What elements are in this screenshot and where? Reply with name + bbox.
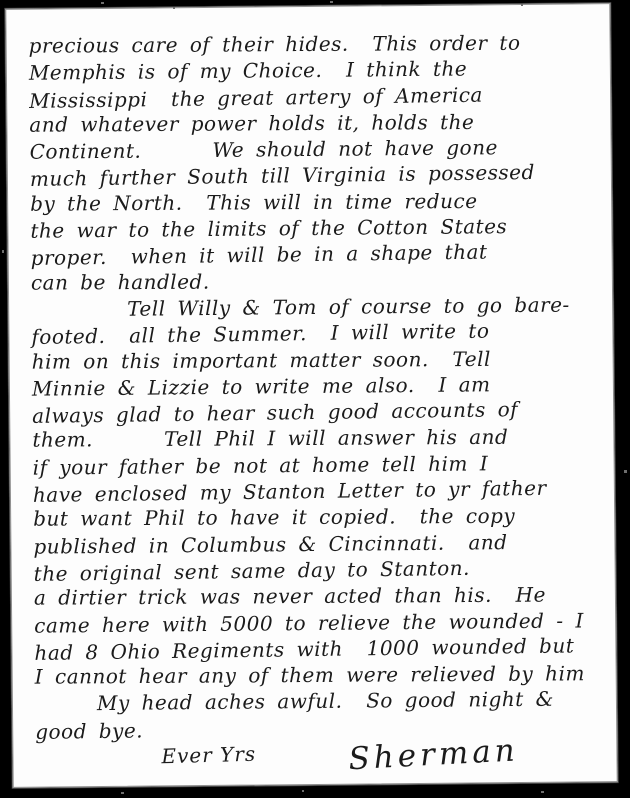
noise-speck [121,792,124,794]
letter-closing: Ever Yrs Sherman [35,739,610,777]
noise-speck [330,1,333,3]
valediction: Ever Yrs [161,742,256,769]
handwritten-line: I cannot hear any of them were relieved … [35,660,610,690]
noise-speck [624,470,627,473]
scanned-letter: precious care of their hides. This order… [0,0,630,798]
scan-background: { "colors": { "scan_background": "#00000… [0,0,630,798]
noise-speck [521,4,523,6]
noise-speck [302,790,304,792]
noise-speck [2,250,4,253]
noise-speck [173,7,175,9]
letter-page: precious care of their hides. This order… [5,3,617,788]
noise-speck [541,791,544,793]
handwritten-line: but want Phil to have it copied. the cop… [33,503,608,533]
handwritten-line: precious care of their hides. This order… [29,29,604,59]
handwritten-line: can be handled. [31,266,606,296]
handwritten-line: them. Tell Phil I will answer his and [32,424,607,454]
noise-speck [101,2,104,4]
handwritten-line: a dirtier trick was never acted than his… [34,581,609,611]
handwritten-line: by the North. This will in time reduce [30,187,605,217]
handwritten-line: him on this important matter soon. Tell [32,345,607,375]
signature: Sherman [347,732,519,777]
handwritten-line: and whatever power holds it, holds the [29,108,604,138]
